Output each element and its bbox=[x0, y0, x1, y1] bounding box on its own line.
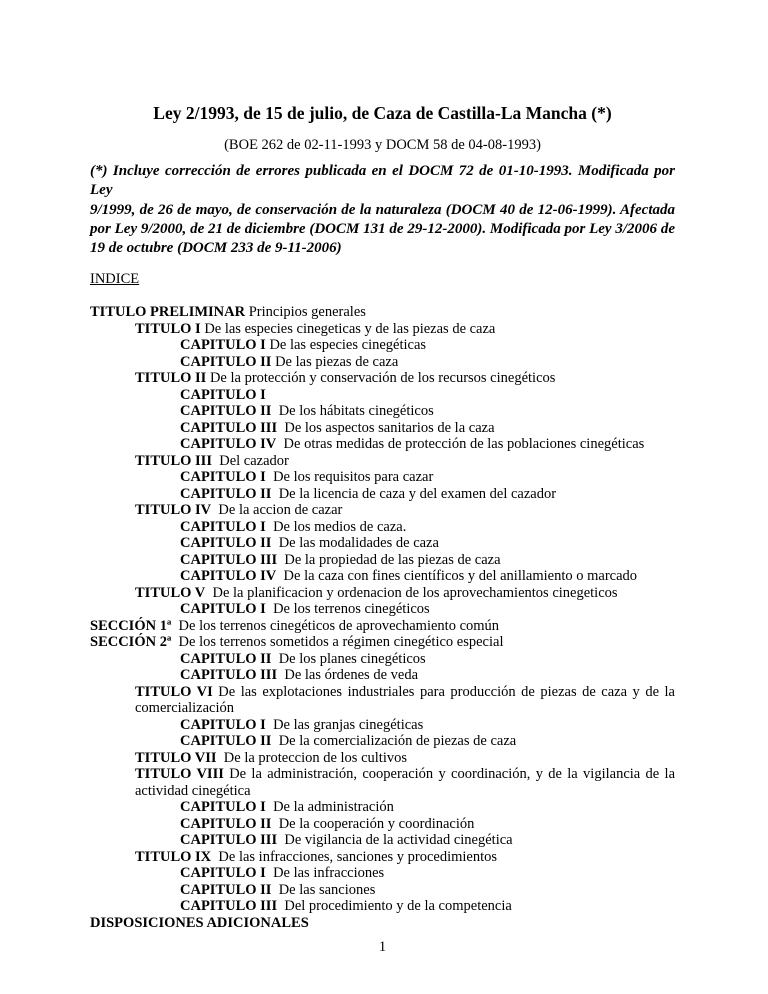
index-entry-text: De vigilancia de la actividad cinegética bbox=[277, 832, 513, 848]
amendment-note-line: 19 de octubre (DOCM 233 de 9-11-2006) bbox=[90, 239, 675, 258]
index-entry: TITULO II De la protección y conservació… bbox=[90, 370, 675, 387]
index-entry: SECCIÓN 2ª De los terrenos sometidos a r… bbox=[90, 634, 675, 651]
index-entry-text: De otras medidas de protección de las po… bbox=[276, 436, 644, 452]
index-entry-label: TITULO II bbox=[135, 370, 206, 386]
index-entry-label: CAPITULO II bbox=[180, 403, 271, 419]
index-heading: INDICE bbox=[90, 271, 675, 288]
index-entry: CAPITULO I De la administración bbox=[90, 799, 675, 816]
index-entry-text: De la caza con fines científicos y del a… bbox=[276, 568, 637, 584]
index-entry-text: De los medios de caza. bbox=[266, 519, 407, 535]
index-entry: CAPITULO I bbox=[90, 387, 675, 404]
index-entry-label: TITULO I bbox=[135, 321, 201, 337]
index-entry-text: actividad cinegética bbox=[135, 783, 251, 799]
amendment-note-line: 9/1999, de 26 de mayo, de conservación d… bbox=[90, 201, 675, 220]
index-entry-text: De las explotaciones industriales para p… bbox=[213, 684, 675, 700]
index-entry-label: CAPITULO I bbox=[180, 865, 266, 881]
document-subtitle: (BOE 262 de 02-11-1993 y DOCM 58 de 04-0… bbox=[90, 137, 675, 154]
index-entry: comercialización bbox=[90, 700, 675, 717]
index-entry-text: De los terrenos sometidos a régimen cine… bbox=[171, 634, 503, 650]
index-entry-text: Principios generales bbox=[245, 304, 366, 320]
index-entry: actividad cinegética bbox=[90, 783, 675, 800]
index-entry-label: CAPITULO II bbox=[180, 486, 271, 502]
index-entry: TITULO PRELIMINAR Principios generales bbox=[90, 304, 675, 321]
index-entry: TITULO I De las especies cinegeticas y d… bbox=[90, 321, 675, 338]
index-entry: TITULO III Del cazador bbox=[90, 453, 675, 470]
index-entry: CAPITULO II De las modalidades de caza bbox=[90, 535, 675, 552]
index-entry-text: De la comercialización de piezas de caza bbox=[271, 733, 516, 749]
index-entry-label: CAPITULO I bbox=[180, 519, 266, 535]
index-entry-label: CAPITULO I bbox=[180, 799, 266, 815]
index-entry-label: SECCIÓN 1ª bbox=[90, 618, 171, 634]
index-entry-text: De la administración, cooperación y coor… bbox=[224, 766, 675, 782]
index-entry-text: De los hábitats cinegéticos bbox=[271, 403, 433, 419]
index-list: TITULO PRELIMINAR Principios generalesTI… bbox=[90, 304, 675, 931]
document-page: Ley 2/1993, de 15 de julio, de Caza de C… bbox=[0, 0, 768, 994]
index-entry: CAPITULO I De las especies cinegéticas bbox=[90, 337, 675, 354]
index-entry-text: De las piezas de caza bbox=[271, 354, 398, 370]
index-entry: CAPITULO III De las órdenes de veda bbox=[90, 667, 675, 684]
index-entry: TITULO VIII De la administración, cooper… bbox=[90, 766, 675, 783]
index-entry-text: Del cazador bbox=[212, 453, 289, 469]
index-entry-label: CAPITULO I bbox=[180, 469, 266, 485]
amendment-note-line: (*) Incluye corrección de errores public… bbox=[90, 162, 675, 201]
index-entry: DISPOSICIONES ADICIONALES bbox=[90, 915, 675, 932]
index-entry: CAPITULO II De la licencia de caza y del… bbox=[90, 486, 675, 503]
index-entry: CAPITULO III Del procedimiento y de la c… bbox=[90, 898, 675, 915]
index-entry: CAPITULO II De los hábitats cinegéticos bbox=[90, 403, 675, 420]
index-entry-text: De los aspectos sanitarios de la caza bbox=[277, 420, 494, 436]
index-entry: CAPITULO II De los planes cinegéticos bbox=[90, 651, 675, 668]
index-entry-text: De las sanciones bbox=[271, 882, 375, 898]
index-entry: CAPITULO II De la cooperación y coordina… bbox=[90, 816, 675, 833]
index-entry-label: TITULO VI bbox=[135, 684, 213, 700]
index-entry: TITULO VII De la proteccion de los culti… bbox=[90, 750, 675, 767]
index-entry-label: CAPITULO III bbox=[180, 898, 277, 914]
index-entry-label: CAPITULO II bbox=[180, 354, 271, 370]
index-entry: TITULO V De la planificacion y ordenacio… bbox=[90, 585, 675, 602]
amendment-note: (*) Incluye corrección de errores public… bbox=[90, 162, 675, 258]
index-entry: CAPITULO II De las sanciones bbox=[90, 882, 675, 899]
index-entry-text: De la proteccion de los cultivos bbox=[217, 750, 407, 766]
index-entry-label: TITULO IV bbox=[135, 502, 211, 518]
index-entry-text: De la administración bbox=[266, 799, 394, 815]
index-entry-text: De la protección y conservación de los r… bbox=[206, 370, 555, 386]
index-entry-label: CAPITULO I bbox=[180, 337, 266, 353]
index-entry-label: CAPITULO III bbox=[180, 667, 277, 683]
index-entry: CAPITULO IV De otras medidas de protecci… bbox=[90, 436, 675, 453]
index-entry-label: TITULO VIII bbox=[135, 766, 224, 782]
index-entry: CAPITULO IV De la caza con fines científ… bbox=[90, 568, 675, 585]
document-title: Ley 2/1993, de 15 de julio, de Caza de C… bbox=[90, 103, 675, 124]
index-entry-text: De la licencia de caza y del examen del … bbox=[271, 486, 556, 502]
index-entry: CAPITULO I De los terrenos cinegéticos bbox=[90, 601, 675, 618]
index-entry-label: CAPITULO III bbox=[180, 552, 277, 568]
index-entry: CAPITULO II De la comercialización de pi… bbox=[90, 733, 675, 750]
index-entry-label: TITULO V bbox=[135, 585, 205, 601]
index-entry-label: CAPITULO IV bbox=[180, 568, 276, 584]
index-entry-text: De los terrenos cinegéticos de aprovecha… bbox=[171, 618, 499, 634]
index-entry-text: De la accion de cazar bbox=[211, 502, 342, 518]
index-entry-label: CAPITULO III bbox=[180, 832, 277, 848]
index-entry-text: De las especies cinegeticas y de las pie… bbox=[201, 321, 496, 337]
index-entry: TITULO VI De las explotaciones industria… bbox=[90, 684, 675, 701]
page-number: 1 bbox=[90, 939, 675, 956]
index-entry-label: TITULO VII bbox=[135, 750, 217, 766]
index-entry-text: De los planes cinegéticos bbox=[271, 651, 425, 667]
index-entry-text: comercialización bbox=[135, 700, 234, 716]
index-entry-text: De los terrenos cinegéticos bbox=[266, 601, 430, 617]
index-entry-text: De las órdenes de veda bbox=[277, 667, 418, 683]
index-entry-label: CAPITULO II bbox=[180, 535, 271, 551]
index-entry-label: TITULO IX bbox=[135, 849, 211, 865]
index-entry-label: CAPITULO II bbox=[180, 733, 271, 749]
index-entry-label: DISPOSICIONES ADICIONALES bbox=[90, 915, 309, 931]
index-entry: CAPITULO III De los aspectos sanitarios … bbox=[90, 420, 675, 437]
index-entry-text: De las especies cinegéticas bbox=[266, 337, 426, 353]
index-entry-text: De las infracciones, sanciones y procedi… bbox=[211, 849, 497, 865]
index-entry-label: CAPITULO II bbox=[180, 882, 271, 898]
index-entry-label: TITULO PRELIMINAR bbox=[90, 304, 245, 320]
index-entry-text: De los requisitos para cazar bbox=[266, 469, 434, 485]
index-entry-label: CAPITULO I bbox=[180, 387, 266, 403]
amendment-note-line: por Ley 9/2000, de 21 de diciembre (DOCM… bbox=[90, 220, 675, 239]
index-entry: CAPITULO I De los requisitos para cazar bbox=[90, 469, 675, 486]
index-entry: CAPITULO III De la propiedad de las piez… bbox=[90, 552, 675, 569]
index-entry: CAPITULO I De las granjas cinegéticas bbox=[90, 717, 675, 734]
index-entry-text: De las granjas cinegéticas bbox=[266, 717, 423, 733]
index-entry-text: De la propiedad de las piezas de caza bbox=[277, 552, 500, 568]
index-entry: CAPITULO II De las piezas de caza bbox=[90, 354, 675, 371]
index-entry: TITULO IV De la accion de cazar bbox=[90, 502, 675, 519]
index-entry-label: CAPITULO IV bbox=[180, 436, 276, 452]
index-entry: CAPITULO I De las infracciones bbox=[90, 865, 675, 882]
index-entry: CAPITULO III De vigilancia de la activid… bbox=[90, 832, 675, 849]
index-entry-label: CAPITULO I bbox=[180, 601, 266, 617]
index-entry-text: De la cooperación y coordinación bbox=[271, 816, 474, 832]
index-entry: SECCIÓN 1ª De los terrenos cinegéticos d… bbox=[90, 618, 675, 635]
index-entry-label: CAPITULO I bbox=[180, 717, 266, 733]
index-entry-label: SECCIÓN 2ª bbox=[90, 634, 171, 650]
index-entry-text: De las infracciones bbox=[266, 865, 384, 881]
index-entry-text: De la planificacion y ordenacion de los … bbox=[205, 585, 617, 601]
index-entry-text: De las modalidades de caza bbox=[271, 535, 438, 551]
index-entry: TITULO IX De las infracciones, sanciones… bbox=[90, 849, 675, 866]
index-entry-text: Del procedimiento y de la competencia bbox=[277, 898, 512, 914]
index-entry-label: CAPITULO III bbox=[180, 420, 277, 436]
index-entry-label: CAPITULO II bbox=[180, 651, 271, 667]
index-entry-label: CAPITULO II bbox=[180, 816, 271, 832]
index-entry-label: TITULO III bbox=[135, 453, 212, 469]
index-entry: CAPITULO I De los medios de caza. bbox=[90, 519, 675, 536]
